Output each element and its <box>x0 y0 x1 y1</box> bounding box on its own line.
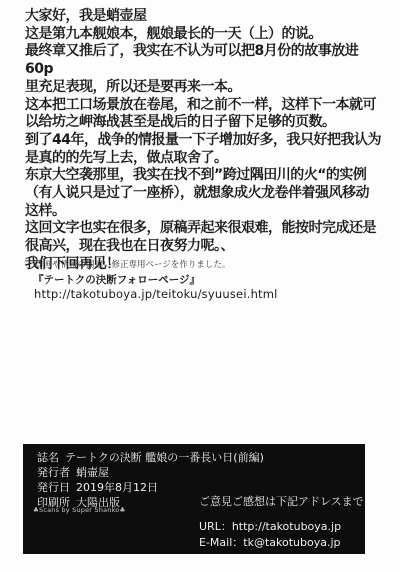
afterword-line: 是真的的先写上去，做点取舍了。 <box>25 150 385 168</box>
afterword-line: 到了44年，战争的情报量一下子增加好多，我只好把我认为 <box>25 132 385 150</box>
contact-url: http://takotuboya.jp <box>232 520 341 533</box>
contact-email: tk@takotuboya.jp <box>243 536 340 549</box>
colophon-value: テートクの決断 艦娘の一番長い日(前編) <box>65 451 264 464</box>
correction-note: 作画や情報の間違い修正専用ページを作りました。 <box>35 258 230 270</box>
afterword-text-block: 大家好，我是蛸壶屋 这是第九本舰娘本，舰娘最长的一天（上）的说。 最终章又推后了… <box>25 8 385 274</box>
colophon-value: 蛸壷屋 <box>76 466 109 479</box>
spacer <box>199 510 364 519</box>
email-label: E-Mail： <box>199 536 243 549</box>
afterword-line: 最终章又推后了，我实在不认为可以把8月份的故事放进60p <box>25 43 385 78</box>
afterword-line: 这回文字也实在很多，原稿弄起来很艰难，能按时完成还是 <box>25 220 385 238</box>
colophon-label: 発行日 <box>37 481 70 494</box>
contact-url-line: URL：http://takotuboya.jp <box>199 519 364 535</box>
afterword-line: 很高兴，现在我也在日夜努力呢。、 <box>25 238 385 256</box>
follow-page-title: 『テートクの決断フォローページ』 <box>33 272 200 287</box>
afterword-line: 以给坊之岬海战甚至是战后的日子留下足够的页数。 <box>25 114 385 132</box>
colophon-entry-publisher: 発行者蛸壷屋 <box>37 465 264 480</box>
url-label: URL： <box>199 520 232 533</box>
colophon-entry-title: 誌名テートクの決断 艦娘の一番長い日(前編) <box>37 450 264 465</box>
afterword-line: 大家好，我是蛸壶屋 <box>25 8 385 26</box>
colophon-label: 発行者 <box>37 466 70 479</box>
colophon-box: 誌名テートクの決断 艦娘の一番長い日(前編) 発行者蛸壷屋 発行日2019年8月… <box>23 444 365 554</box>
afterword-page: 大家好，我是蛸壶屋 这是第九本舰娘本，舰娘最长的一天（上）的说。 最终章又推后了… <box>0 0 400 572</box>
contact-note: ご意見ご感想は下記アドレスまで <box>199 494 364 510</box>
colophon-value: 2019年8月12日 <box>76 481 158 494</box>
follow-page-url: http://takotuboya.jp/teitoku/syuusei.htm… <box>34 287 278 301</box>
afterword-line: 这样。 <box>25 203 385 221</box>
afterword-line: 东京大空袭那里，我实在找不到”跨过隅田川的火“的实例 <box>25 167 385 185</box>
afterword-line: 这本把工口场景放在卷尾，和之前不一样，这样下一本就可 <box>25 97 385 115</box>
afterword-line: 里充足表现，所以还是要再来一本。 <box>25 79 385 97</box>
afterword-line: 这是第九本舰娘本，舰娘最长的一天（上）的说。 <box>25 26 385 44</box>
colophon-entry-date: 発行日2019年8月12日 <box>37 480 264 495</box>
scan-credit: ♣Scans by Super Shanko♣ <box>33 506 126 514</box>
colophon-contact: ご意見ご感想は下記アドレスまで URL：http://takotuboya.jp… <box>199 494 364 551</box>
contact-email-line: E-Mail：tk@takotuboya.jp <box>199 535 364 551</box>
colophon-label: 誌名 <box>37 451 59 464</box>
afterword-line: （有人说只是过了一座桥），就想象成火龙卷伴着强风移动 <box>25 185 385 203</box>
